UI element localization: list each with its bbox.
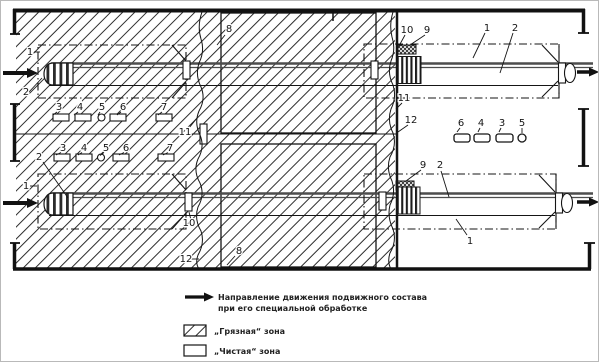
callout-1-top-left: 1 [27,47,33,58]
callout-6-row1: 6 [120,102,126,113]
buffer-head-bottom [562,194,573,213]
sluice-gates [396,45,421,214]
callout-6-clean: 6 [458,118,464,129]
equipment-6-row2 [113,154,129,161]
callout-11-left: 11 [179,127,192,138]
callout-12-left: 12 [180,254,193,265]
room-8-bottom [221,144,376,267]
callout-7-row2: 7 [167,143,173,154]
callout-8-bottom: 8 [236,246,242,257]
door-center-partition [200,124,207,144]
equipment-5-clean [518,134,526,142]
equipment-symbols-clean [454,134,526,142]
door-track-top-left [183,61,190,79]
callout-4-clean: 4 [478,118,484,129]
callout-2-bottom-right: 2 [437,160,443,171]
callout-12-right: 12 [405,115,418,126]
callout-9-bottom-right: 9 [420,160,426,171]
callout-10-left: 10 [183,218,196,229]
callout-4-row2: 4 [81,143,87,154]
callout-1-top-right: 1 [484,23,490,34]
callout-2-top-right: 2 [512,23,518,34]
equipment-5-row1 [98,114,105,121]
callout-3-row2: 3 [60,143,66,154]
legend-clean-swatch [184,345,206,356]
callout-7-row1: 7 [161,102,167,113]
door-track-bottom-right [379,192,386,210]
callout-10-right: 10 [401,25,414,36]
legend-clean-label: „Чистая“ зона [214,347,280,356]
callout-8-top: 8 [226,24,232,35]
legend-dirty-label: „Грязная“ зона [214,327,285,336]
equipment-7-row2 [158,154,174,161]
equipment-6-row1 [110,114,126,121]
door-track-top-right [371,61,378,79]
callout-11-right: 11 [398,93,411,104]
screenshot-frame: 1 2 3 4 5 6 7 3 4 5 6 7 2 1 8 8 11 10 12… [0,0,599,362]
callout-5-row1: 5 [99,102,105,113]
curtain-gate-top [398,57,421,84]
gate-block-top [398,45,416,54]
callout-3-clean: 3 [499,118,505,129]
callout-2-top-left: 2 [23,87,29,98]
room-8-top [221,13,376,133]
callout-2-bottom-left: 2 [36,152,42,163]
legend-dirty-swatch [184,325,206,336]
callout-3-row1: 3 [56,102,62,113]
legend-direction-line2: при его специальной обработке [218,303,368,313]
equipment-4-row1 [75,114,91,121]
callout-5-row2: 5 [103,143,109,154]
legend-direction-line1: Направление движения подвижного состава [218,293,427,302]
callout-5-clean: 5 [519,118,525,129]
equipment-3-row1 [53,114,69,121]
callout-6-row2: 6 [123,143,129,154]
buffer-head-top [565,64,576,83]
railcar-front-top-left [44,63,73,85]
railcar-front-bottom-left [44,193,73,215]
callout-4-row1: 4 [77,102,83,113]
legend: Направление движения подвижного состава … [184,293,427,357]
door-track-bottom-left [185,193,192,211]
equipment-3-clean [496,134,513,142]
equipment-4-clean [474,134,490,142]
curtain-gate-bottom [398,187,420,214]
callout-1-bottom-right: 1 [467,236,473,247]
facility-plan-diagram: 1 2 3 4 5 6 7 3 4 5 6 7 2 1 8 8 11 10 12… [1,1,599,362]
callout-1-bottom-left: 1 [23,181,29,192]
equipment-6-clean [454,134,470,142]
callout-9-top-right: 9 [424,25,430,36]
